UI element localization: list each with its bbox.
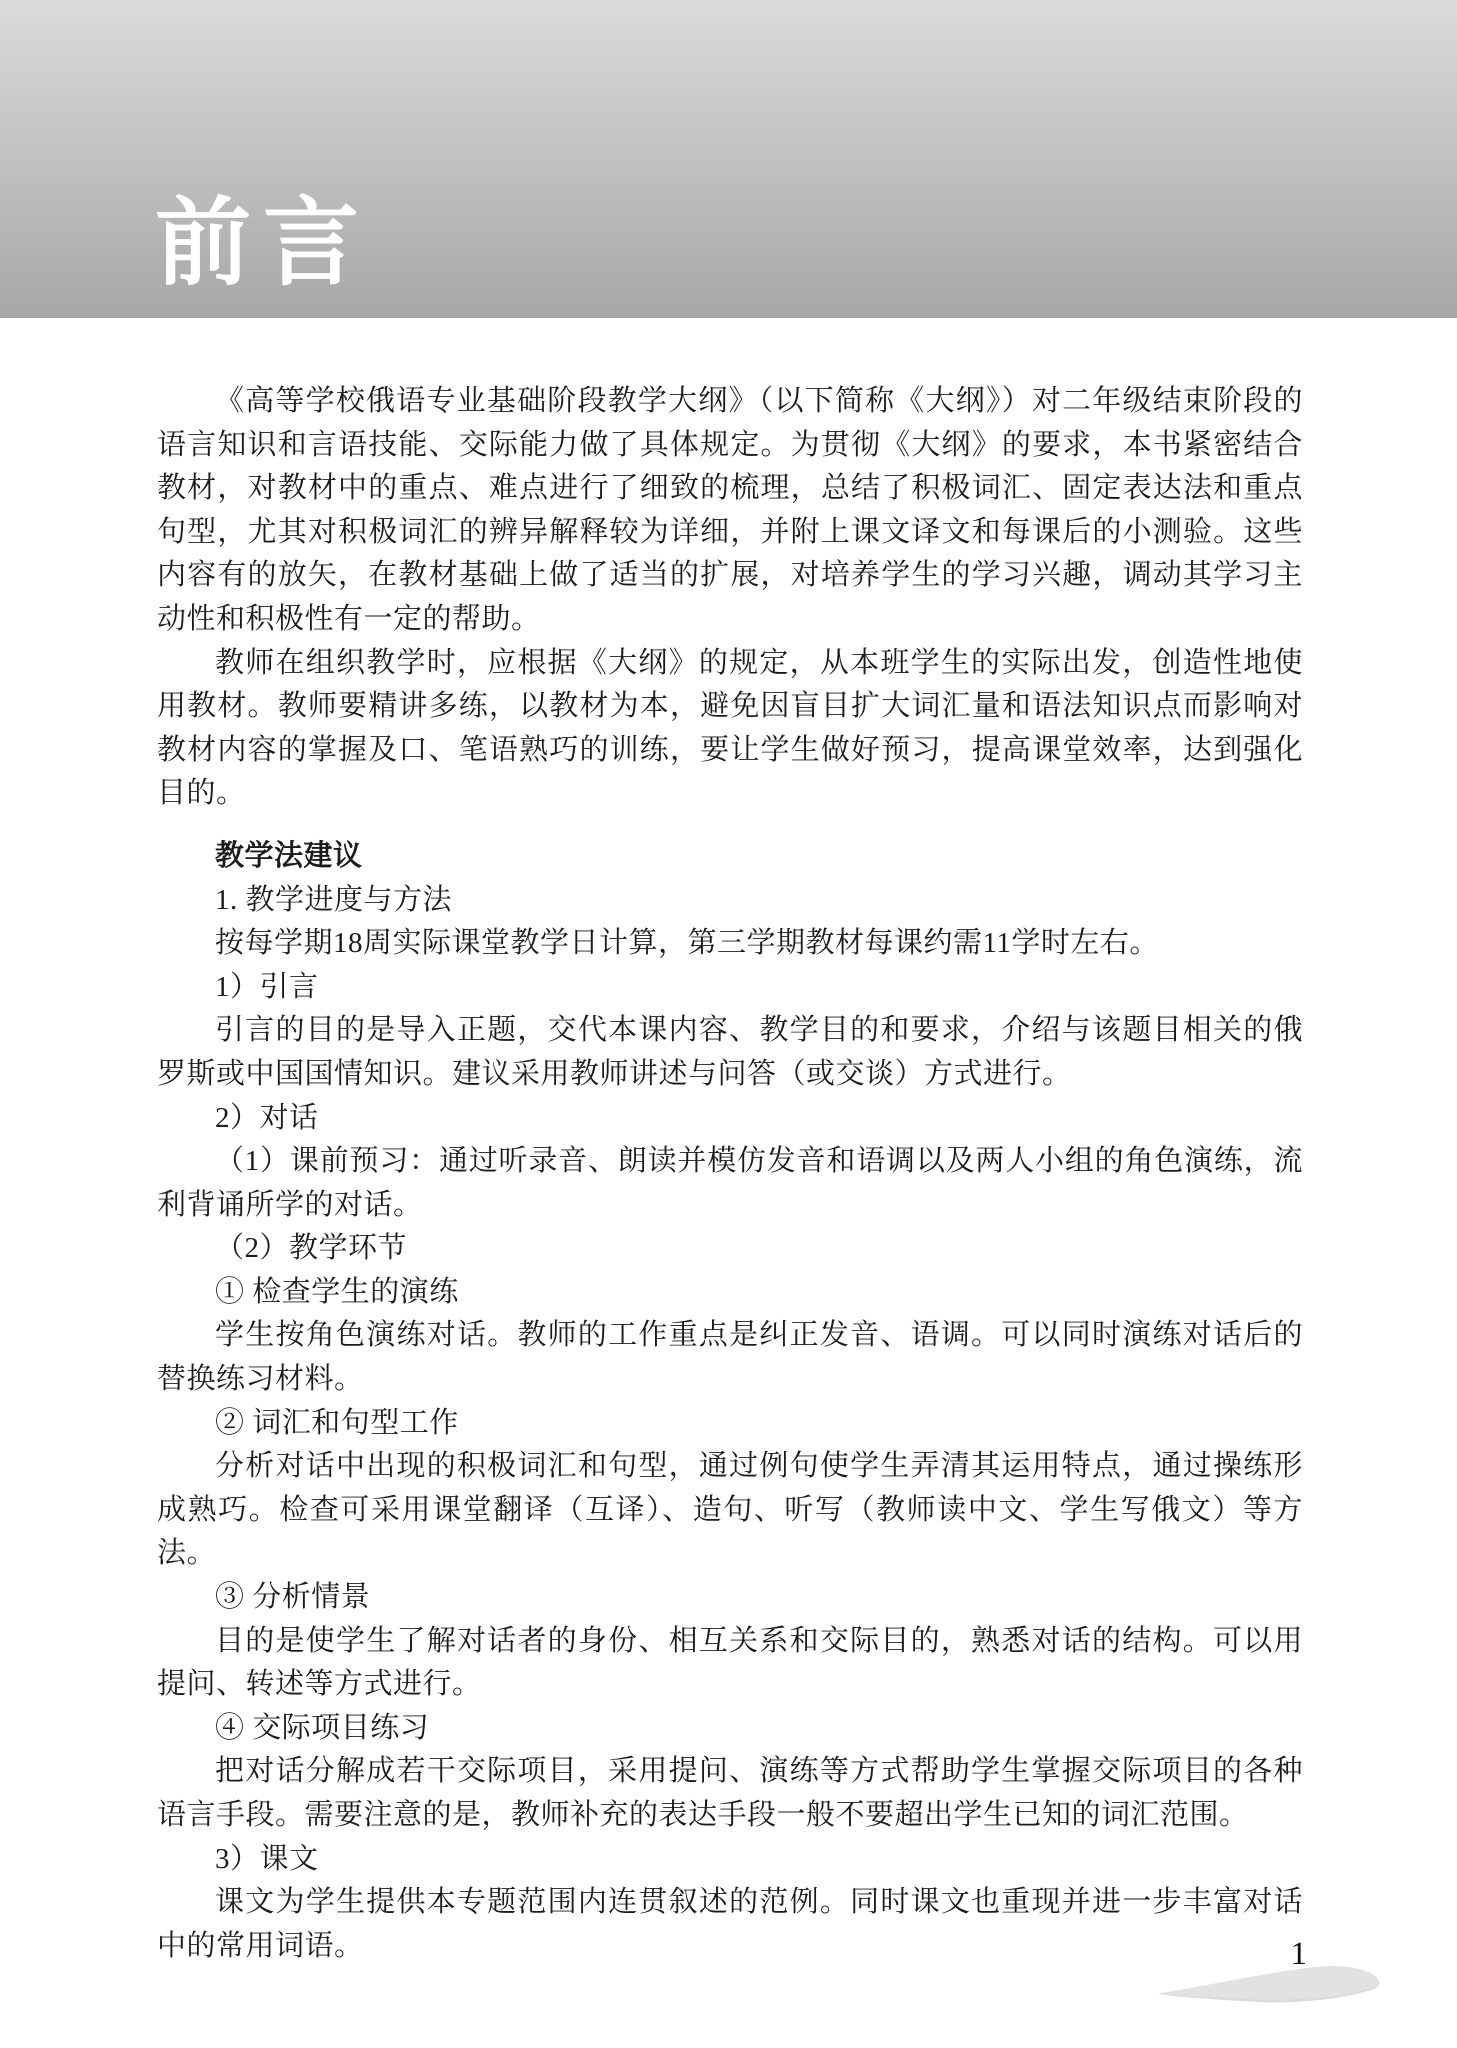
swoosh-graphic <box>1155 1964 1383 2008</box>
paragraph: 学生按角色演练对话。教师的工作重点是纠正发音、语调。可以同时演练对话后的替换练习… <box>157 1314 1303 1401</box>
body-text: 《高等学校俄语专业基础阶段教学大纲》（以下简称《大纲》）对二年级结束阶段的语言知… <box>157 318 1303 1968</box>
paragraph: 按每学期18周实际课堂教学日计算，第三学期教材每课约需11学时左右。 <box>157 922 1303 966</box>
paragraph: 把对话分解成若干交际项目，采用提问、演练等方式帮助学生掌握交际项目的各种语言手段… <box>157 1750 1303 1837</box>
paragraph: 引言的目的是导入正题，交代本课内容、教学目的和要求，介绍与该题目相关的俄罗斯或中… <box>157 1009 1303 1096</box>
paragraph: ④ 交际项目练习 <box>157 1707 1303 1751</box>
section-heading: 教学法建议 <box>157 835 1303 879</box>
paragraph: ② 词汇和句型工作 <box>157 1402 1303 1446</box>
paragraph: 分析对话中出现的积极词汇和句型，通过例句使学生弄清其运用特点，通过操练形成熟巧。… <box>157 1445 1303 1576</box>
paragraph: 课文为学生提供本专题范围内连贯叙述的范例。同时课文也重现并进一步丰富对话中的常用… <box>157 1881 1303 1968</box>
paragraph: 目的是使学生了解对话者的身份、相互关系和交际目的，熟悉对话的结构。可以用提问、转… <box>157 1620 1303 1707</box>
paragraph: 1）引言 <box>157 966 1303 1010</box>
paragraph: （2）教学环节 <box>157 1227 1303 1271</box>
document-page: 前言 《高等学校俄语专业基础阶段教学大纲》（以下简称《大纲》）对二年级结束阶段的… <box>0 0 1457 2048</box>
paragraph: （1）课前预习：通过听录音、朗读并模仿发音和语调以及两人小组的角色演练，流利背诵… <box>157 1140 1303 1227</box>
preface-banner: 前言 <box>0 0 1457 318</box>
paragraph: ③ 分析情景 <box>157 1576 1303 1620</box>
paragraph: ① 检查学生的演练 <box>157 1271 1303 1315</box>
paragraph: 教师在组织教学时，应根据《大纲》的规定，从本班学生的实际出发，创造性地使用教材。… <box>157 642 1303 816</box>
paragraph: 3）课文 <box>157 1838 1303 1882</box>
paragraph: 《高等学校俄语专业基础阶段教学大纲》（以下简称《大纲》）对二年级结束阶段的语言知… <box>157 380 1303 642</box>
paragraph: 2）对话 <box>157 1097 1303 1141</box>
page-title: 前言 <box>155 194 371 294</box>
paragraph: 1. 教学进度与方法 <box>157 879 1303 923</box>
